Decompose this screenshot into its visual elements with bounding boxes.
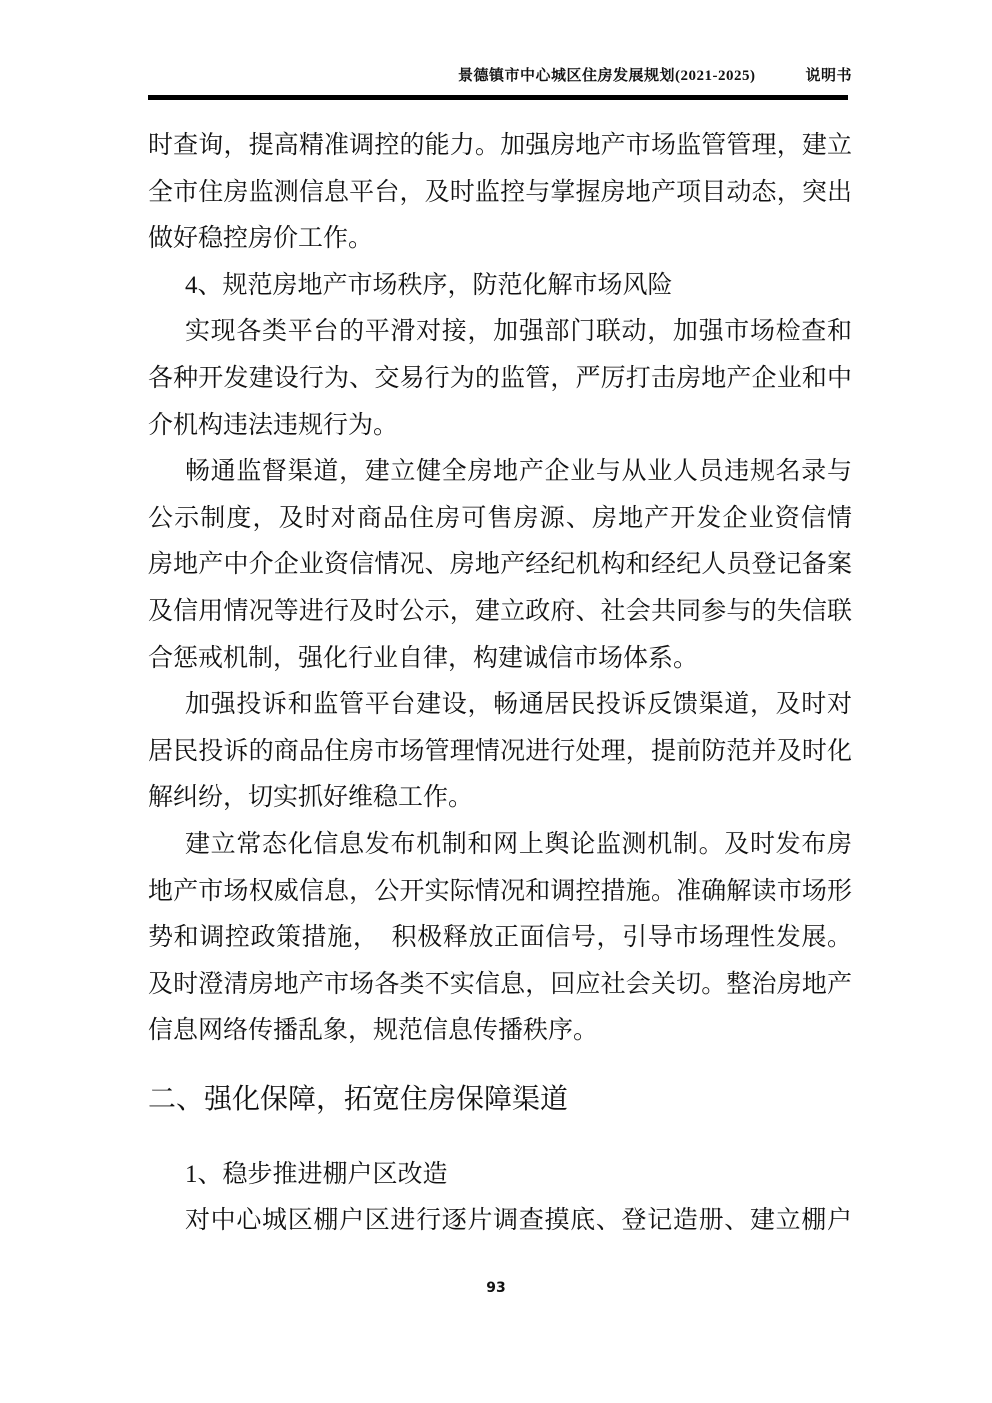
text-line: 公示制度，及时对商品住房可售房源、房地产开发企业资信情况、: [148, 496, 852, 543]
header-doc-label: 说明书: [805, 64, 852, 85]
header-rule: [148, 95, 848, 100]
numbered-heading: 4、规范房地产市场秩序，防范化解市场风险: [148, 263, 852, 310]
section-heading: 二、强化保障，拓宽住房保障渠道: [148, 1075, 852, 1125]
text-line: 做好稳控房价工作。: [148, 216, 852, 263]
text-line: 解纠纷，切实抓好维稳工作。: [148, 775, 852, 822]
text-line: 加强投诉和监管平台建设，畅通居民投诉反馈渠道，及时对: [148, 682, 852, 729]
text-line: 合惩戒机制，强化行业自律，构建诚信市场体系。: [148, 636, 852, 683]
paragraph: 建立常态化信息发布机制和网上舆论监测机制。及时发布房 地产市场权威信息，公开实际…: [148, 822, 852, 1055]
text-line: 畅通监督渠道，建立健全房地产企业与从业人员违规名录与: [148, 449, 852, 496]
text-line: 全市住房监测信息平台，及时监控与掌握房地产项目动态，突出: [148, 170, 852, 217]
text-line: 势和调控政策措施， 积极释放正面信号，引导市场理性发展。: [148, 915, 852, 962]
document-page: 景德镇市中心城区住房发展规划(2021-2025) 说明书 时查询，提高精准调控…: [0, 0, 992, 1403]
numbered-heading: 1、稳步推进棚户区改造: [148, 1152, 852, 1199]
paragraph: 时查询，提高精准调控的能力。加强房地产市场监管管理，建立 全市住房监测信息平台，…: [148, 123, 852, 263]
text-line: 及时澄清房地产市场各类不实信息，回应社会关切。整治房地产: [148, 962, 852, 1009]
text-line: 实现各类平台的平滑对接，加强部门联动，加强市场检查和: [148, 309, 852, 356]
paragraph: 对中心城区棚户区进行逐片调查摸底、登记造册、建立棚户: [148, 1198, 852, 1245]
text-line: 各种开发建设行为、交易行为的监管，严厉打击房地产企业和中: [148, 356, 852, 403]
text-line: 时查询，提高精准调控的能力。加强房地产市场监管管理，建立: [148, 123, 852, 170]
paragraph: 实现各类平台的平滑对接，加强部门联动，加强市场检查和 各种开发建设行为、交易行为…: [148, 309, 852, 449]
text-line: 建立常态化信息发布机制和网上舆论监测机制。及时发布房: [148, 822, 852, 869]
page-header: 景德镇市中心城区住房发展规划(2021-2025) 说明书: [148, 64, 852, 85]
text-line: 信息网络传播乱象，规范信息传播秩序。: [148, 1008, 852, 1055]
page-number: 93: [0, 1280, 992, 1296]
text-line: 对中心城区棚户区进行逐片调查摸底、登记造册、建立棚户: [148, 1198, 852, 1245]
text-line: 地产市场权威信息，公开实际情况和调控措施。准确解读市场形: [148, 869, 852, 916]
text-line: 及信用情况等进行及时公示，建立政府、社会共同参与的失信联: [148, 589, 852, 636]
text-line: 居民投诉的商品住房市场管理情况进行处理，提前防范并及时化: [148, 729, 852, 776]
text-line: 介机构违法违规行为。: [148, 403, 852, 450]
paragraph: 畅通监督渠道，建立健全房地产企业与从业人员违规名录与 公示制度，及时对商品住房可…: [148, 449, 852, 682]
document-body: 时查询，提高精准调控的能力。加强房地产市场监管管理，建立 全市住房监测信息平台，…: [148, 123, 852, 1245]
paragraph: 加强投诉和监管平台建设，畅通居民投诉反馈渠道，及时对 居民投诉的商品住房市场管理…: [148, 682, 852, 822]
header-title: 景德镇市中心城区住房发展规划(2021-2025): [458, 64, 756, 85]
text-line: 房地产中介企业资信情况、房地产经纪机构和经纪人员登记备案: [148, 542, 852, 589]
